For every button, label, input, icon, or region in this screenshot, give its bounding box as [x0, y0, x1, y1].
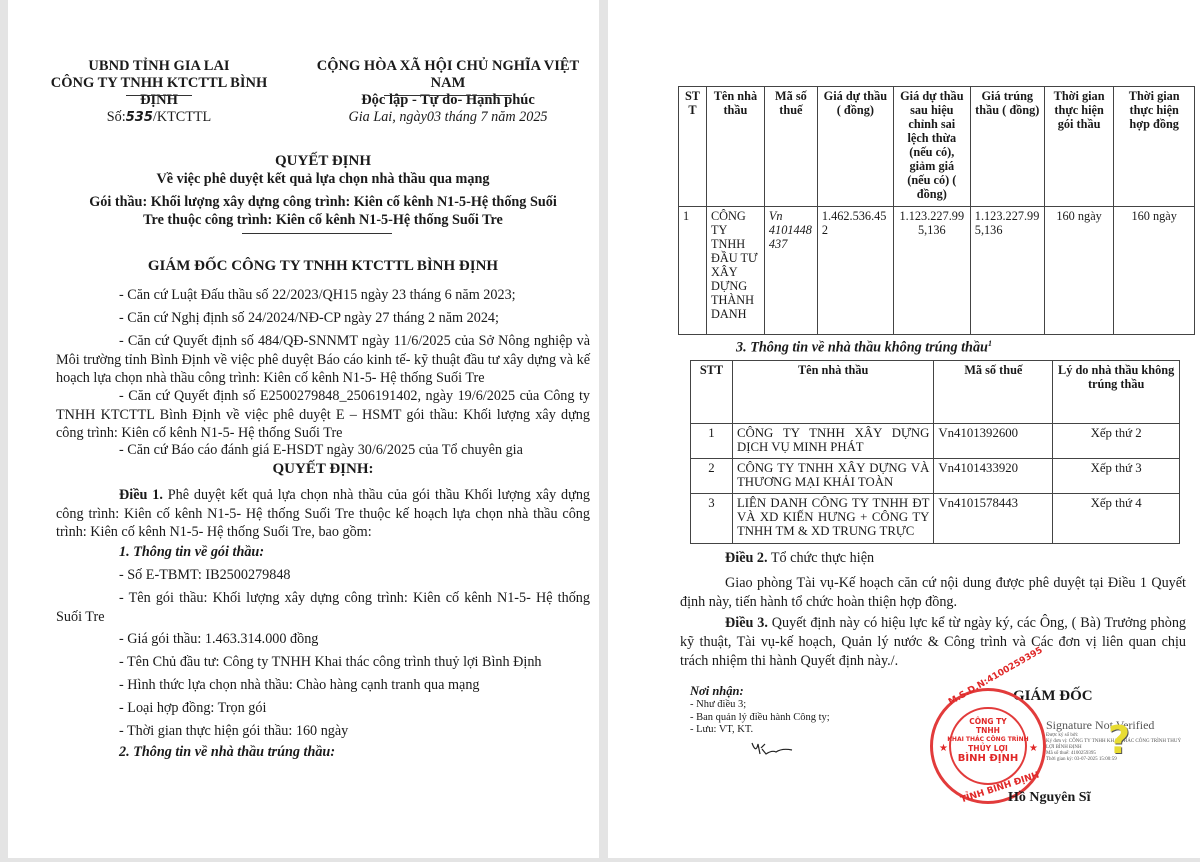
article-1: Điều 1. Phê duyệt kết quả lựa chọn nhà t… — [56, 486, 590, 542]
decision-page-1: UBND TỈNH GIA LAI CÔNG TY TNHH KTCTTL BÌ… — [8, 0, 599, 858]
col-reason: Lý do nhà thầu không trúng thầu — [1053, 361, 1180, 424]
col-winning-price: Giá trúng thầu ( đồng) — [970, 87, 1044, 207]
cell-package-duration: 160 ngày — [1044, 207, 1114, 335]
recipient-item: - Ban quản lý điều hành Công ty; — [690, 712, 830, 725]
doc-number-suffix: /KTCTTL — [153, 109, 211, 125]
recipient-item: - Lưu: VT, KT. — [690, 724, 830, 737]
package-info-4: - Tên Chủ đầu tư: Công ty TNHH Khai thác… — [56, 653, 590, 672]
cell-stt: 3 — [691, 494, 733, 544]
package-line-1: Gói thầu: Khối lượng xây dựng công trình… — [56, 193, 590, 211]
doc-number: Số:535/KTCTTL — [48, 108, 270, 127]
recipients-heading: Nơi nhận: — [690, 684, 830, 699]
col-adjusted-price: Giá dự thầu sau hiệu chỉnh sai lệch thừa… — [893, 87, 970, 207]
package-line-2: Tre thuộc công trình: Kiên cố kênh N1-5-… — [56, 211, 590, 229]
legal-basis-2: - Căn cứ Nghị định số 24/2024/NĐ-CP ngày… — [56, 309, 590, 328]
section-3-heading-text: 3. Thông tin về nhà thầu không trúng thầ… — [736, 340, 988, 356]
signer-name: Hồ Nguyên Sĩ — [1008, 790, 1090, 806]
loser-table: STT Tên nhà thầu Mã số thuế Lý do nhà th… — [690, 360, 1180, 544]
cell-stt: 1 — [691, 424, 733, 459]
digital-signature-status: Signature Not Verified — [1046, 718, 1154, 733]
col-tax-code: Mã số thuế — [764, 87, 817, 207]
cell-tax-code: Vn4101433920 — [934, 459, 1053, 494]
article-3: Điều 3. Quyết định này có hiệu lực kể từ… — [680, 614, 1186, 671]
national-underline — [384, 95, 512, 96]
package-info-3: - Giá gói thầu: 1.463.314.000 đồng — [56, 630, 590, 649]
package-info-5: - Hình thức lựa chọn nhà thầu: Chào hàng… — [56, 676, 590, 695]
decision-heading: QUYẾT ĐỊNH: — [56, 461, 590, 478]
cell-reason: Xếp thứ 4 — [1053, 494, 1180, 544]
stamp-line: KHAI THÁC CÔNG TRÌNH — [933, 735, 1043, 744]
legal-basis-4: - Căn cứ Quyết định số E2500279848_25061… — [56, 387, 590, 443]
authority: GIÁM ĐỐC CÔNG TY TNHH KTCTTL BÌNH ĐỊNH — [56, 258, 590, 275]
col-bid-price: Giá dự thầu ( đồng) — [817, 87, 893, 207]
col-tax-code: Mã số thuế — [934, 361, 1053, 424]
stamp-line: THỦY LỢI — [933, 744, 1043, 753]
article-2-text: Giao phòng Tài vụ-Kế hoạch căn cứ nội du… — [680, 574, 1186, 612]
cell-contract-duration: 160 ngày — [1114, 207, 1195, 335]
cell-winning-price: 1.123.227.99 5,136 — [970, 207, 1044, 335]
section-1-heading: 1. Thông tin về gói thầu: — [119, 543, 589, 562]
cell-stt: 1 — [679, 207, 707, 335]
col-contractor: Tên nhà thầu — [706, 87, 764, 207]
cell-tax-code: Vn4101392600 — [934, 424, 1053, 459]
star-icon: ★ — [939, 743, 948, 754]
section-2-heading: 2. Thông tin về nhà thầu trúng thầu: — [119, 743, 589, 762]
cell-bid-price: 1.462.536.45 2 — [817, 207, 893, 335]
stamp-center: CÔNG TY TNHH KHAI THÁC CÔNG TRÌNH THỦY L… — [933, 717, 1043, 765]
package-info-6: - Loại hợp đồng: Trọn gói — [56, 699, 590, 718]
national-motto: CỘNG HÒA XÃ HỘI CHỦ NGHĨA VIỆT NAM — [298, 58, 598, 92]
org-parent: UBND TỈNH GIA LAI — [48, 58, 270, 75]
recipients: Nơi nhận: - Như điều 3; - Ban quản lý đi… — [690, 684, 830, 737]
article-3-label: Điều 3. — [725, 615, 768, 631]
table-row: 1 CÔNG TY TNHH ĐẦU TƯ XÂY DỰNG THÀNH DAN… — [679, 207, 1195, 335]
star-icon: ★ — [1029, 743, 1038, 754]
recipient-item: - Như điều 3; — [690, 699, 830, 712]
org-underline — [126, 95, 192, 96]
section-3-heading: 3. Thông tin về nhà thầu không trúng thầ… — [736, 339, 992, 357]
legal-basis-3: - Căn cứ Quyết định số 484/QĐ-SNNMT ngày… — [56, 332, 590, 388]
decision-subject: Về việc phê duyệt kết quả lựa chọn nhà t… — [56, 170, 590, 188]
col-contract-duration: Thời gian thực hiện hợp đồng — [1114, 87, 1195, 207]
initials-signature — [748, 740, 798, 758]
col-stt: STT — [691, 361, 733, 424]
package-info-2: - Tên gói thầu: Khối lượng xây dựng công… — [56, 589, 590, 626]
title-underline — [242, 233, 392, 234]
stamp-line: TNHH — [933, 726, 1043, 735]
winner-table: ST T Tên nhà thầu Mã số thuế Giá dự thầu… — [678, 86, 1195, 335]
org-name: CÔNG TY TNHH KTCTTL BÌNH ĐỊNH — [48, 75, 270, 109]
doc-number-prefix: Số: — [107, 109, 126, 125]
col-contractor: Tên nhà thầu — [732, 361, 933, 424]
package-info-1: - Số E-TBMT: IB2500279848 — [56, 566, 590, 585]
decision-title-block: QUYẾT ĐỊNH Về việc phê duyệt kết quả lựa… — [56, 152, 590, 229]
legal-basis-5: - Căn cứ Báo cáo đánh giá E-HSDT ngày 30… — [56, 441, 590, 460]
stamp-line: CÔNG TY — [933, 717, 1043, 726]
footnote-marker: 1 — [988, 339, 992, 348]
cell-reason: Xếp thứ 3 — [1053, 459, 1180, 494]
cell-contractor: CÔNG TY TNHH XÂY DỰNG DỊCH VỤ MINH PHÁT — [732, 424, 933, 459]
loser-table-header: STT Tên nhà thầu Mã số thuế Lý do nhà th… — [691, 361, 1180, 424]
org-header: UBND TỈNH GIA LAI CÔNG TY TNHH KTCTTL BÌ… — [48, 58, 270, 109]
article-2-title: Tổ chức thực hiện — [768, 550, 875, 566]
cell-reason: Xếp thứ 2 — [1053, 424, 1180, 459]
doc-number-handwritten: 535 — [126, 110, 153, 125]
article-2-label: Điều 2. — [725, 550, 768, 566]
cell-stt: 2 — [691, 459, 733, 494]
decision-page-2: ST T Tên nhà thầu Mã số thuế Giá dự thầu… — [608, 0, 1200, 858]
cell-tax-code: Vn 4101448 437 — [764, 207, 817, 335]
cell-adjusted-price: 1.123.227.99 5,136 — [893, 207, 970, 335]
national-header: CỘNG HÒA XÃ HỘI CHỦ NGHĨA VIỆT NAM Độc l… — [298, 58, 598, 109]
table-row: 1 CÔNG TY TNHH XÂY DỰNG DỊCH VỤ MINH PHÁ… — [691, 424, 1180, 459]
article-1-label: Điều 1. — [119, 487, 163, 503]
winner-table-header: ST T Tên nhà thầu Mã số thuế Giá dự thầu… — [679, 87, 1195, 207]
cell-contractor: CÔNG TY TNHH ĐẦU TƯ XÂY DỰNG THÀNH DANH — [706, 207, 764, 335]
question-mark-icon[interactable]: ? — [1108, 718, 1130, 762]
cell-contractor: LIÊN DANH CÔNG TY TNHH ĐT VÀ XD KIẾN HƯN… — [732, 494, 933, 544]
company-stamp: M.S.D.N:4100259395 TỈNH BÌNH ĐỊNH CÔNG T… — [930, 688, 1046, 804]
article-2-heading: Điều 2. Tổ chức thực hiện — [725, 549, 874, 567]
decision-title: QUYẾT ĐỊNH — [56, 152, 590, 170]
table-row: 3 LIÊN DANH CÔNG TY TNHH ĐT VÀ XD KIẾN H… — [691, 494, 1180, 544]
legal-basis-1: - Căn cứ Luật Đấu thầu số 22/2023/QH15 n… — [56, 286, 590, 305]
place-date: Gia Lai, ngày03 tháng 7 năm 2025 — [298, 108, 598, 126]
col-package-duration: Thời gian thực hiện gói thầu — [1044, 87, 1114, 207]
package-info-7: - Thời gian thực hiện gói thầu: 160 ngày — [56, 722, 590, 741]
stamp-line: BÌNH ĐỊNH — [933, 753, 1043, 765]
cell-contractor: CÔNG TY TNHH XÂY DỰNG VÀ THƯƠNG MẠI KHẢI… — [732, 459, 933, 494]
table-row: 2 CÔNG TY TNHH XÂY DỰNG VÀ THƯƠNG MẠI KH… — [691, 459, 1180, 494]
cell-tax-code: Vn4101578443 — [934, 494, 1053, 544]
col-stt: ST T — [679, 87, 707, 207]
